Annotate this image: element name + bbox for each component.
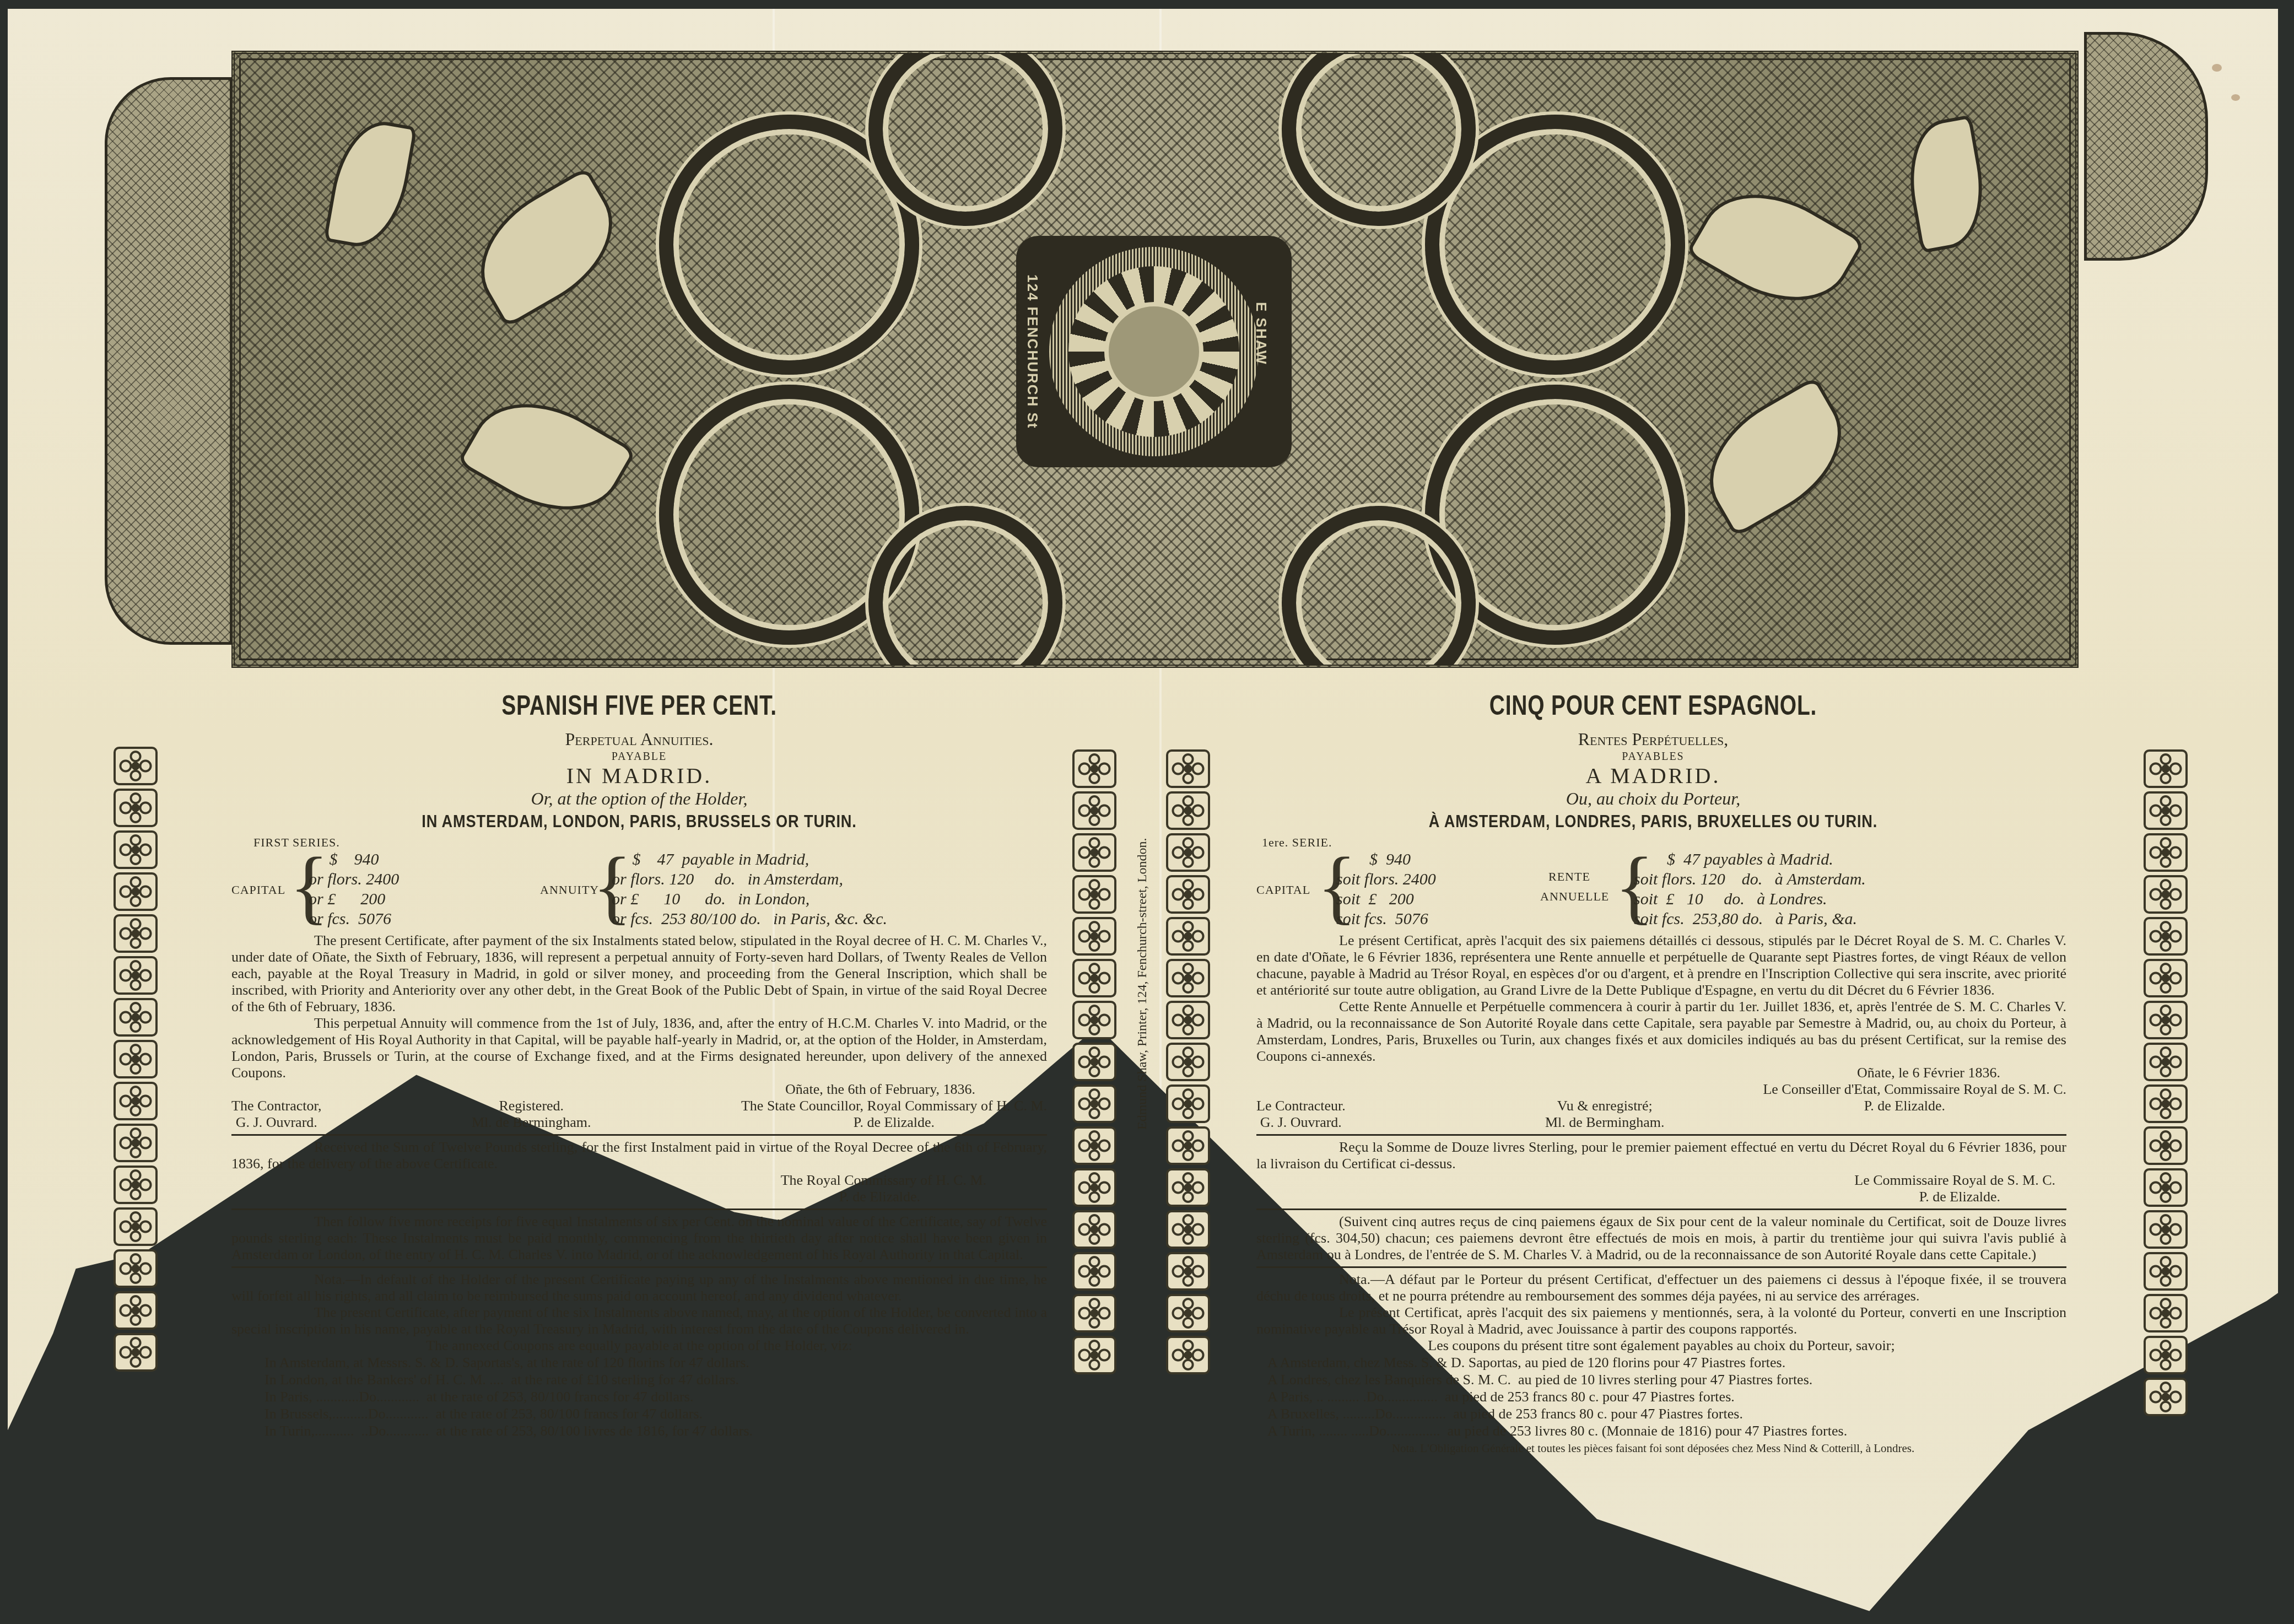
french-follow: (Suivent cinq autres reçus de cinq paiem… xyxy=(1256,1213,2066,1263)
signature-name: Ml. de Bermingham. xyxy=(1545,1114,1665,1131)
french-final-nota: Nota. L'Obligation Générale et toutes le… xyxy=(1240,1440,2066,1456)
annuity-line: $ 47 payable in Madrid, xyxy=(612,850,887,870)
annuity-line: or fcs. 253 80/100 do. in Paris, &c. &c. xyxy=(612,909,887,929)
rosette-tile-icon xyxy=(2144,1126,2188,1165)
english-place: IN MADRID. xyxy=(231,764,1047,788)
french-coupons-intro: Les coupons du présent titre sont égalem… xyxy=(1256,1337,2066,1354)
french-date-line: Oñate, le 6 Février 1836. xyxy=(1256,1065,2000,1081)
rosette-tile-icon xyxy=(2144,1001,2188,1039)
signature-councillor: The State Councillor, Royal Commissary o… xyxy=(741,1098,1047,1131)
annuity-line: or flors. 120 do. in Amsterdam, xyxy=(612,870,887,889)
rosette-tile-icon xyxy=(114,747,158,785)
rosette-tile-icon xyxy=(1072,1210,1116,1249)
rosette-tile-icon xyxy=(114,1082,158,1120)
english-series: FIRST SERIES. xyxy=(253,835,1047,850)
capital-line: $ 940 xyxy=(1336,850,1436,870)
rente-line: soit fcs. 253,80 do. à Paris, &a. xyxy=(1634,909,1866,929)
signature-contractor: Le Contracteur. G. J. Ouvrard. xyxy=(1256,1098,1346,1131)
signature-councillor: P. de Elizalde. xyxy=(1864,1098,1945,1131)
coupon-line: A Londres, chez les Banquiers de S. M. C… xyxy=(1267,1371,2066,1388)
signature-title: Vu & enregistré; xyxy=(1545,1098,1665,1114)
rosette-tile-icon xyxy=(1072,1168,1116,1207)
rosette-tile-icon xyxy=(2144,1085,2188,1123)
rosette-tile-icon xyxy=(114,1207,158,1246)
medallion-right-text: E SHAW xyxy=(1253,302,1270,365)
french-option: Ou, au choix du Porteur, xyxy=(1240,788,2066,809)
rosette-tile-icon xyxy=(1072,749,1116,788)
signature-name: P. de Elizalde. xyxy=(741,1114,1047,1131)
receipt-signature-name: P. de Elizalde. xyxy=(231,1189,920,1205)
capital-label: CAPITAL xyxy=(1256,883,1310,897)
english-convert: The present Certificate, after payment o… xyxy=(231,1304,1047,1337)
divider xyxy=(231,1134,1047,1136)
french-place: A MADRID. xyxy=(1240,764,2066,788)
annuity-line: or £ 10 do. in London, xyxy=(612,889,887,909)
capital-amounts: $ 940 or flors. 2400 or £ 200 or fcs. 50… xyxy=(309,850,399,929)
right-ornament-bar xyxy=(2144,749,2188,1416)
center-left-ornament-bar xyxy=(1072,749,1116,1374)
divider xyxy=(1256,1134,2066,1136)
rosette-tile-icon xyxy=(1166,749,1210,788)
english-payable: PAYABLE xyxy=(231,749,1047,764)
medallion-center xyxy=(1104,302,1203,401)
english-signatures: The Contractor, G. J. Ouvrard. Registere… xyxy=(231,1098,1047,1131)
rosette-tile-icon xyxy=(1072,959,1116,997)
receipt-signature-title: Le Commissaire Royal de S. M. C. xyxy=(1256,1172,2055,1189)
divider xyxy=(231,1266,1047,1268)
divider xyxy=(1256,1208,2066,1210)
receipt-signature-title: The Royal Commissary of H. C. M. xyxy=(231,1172,986,1189)
signature-title: Registered. xyxy=(472,1098,591,1114)
rosette-tile-icon xyxy=(2144,875,2188,914)
rosette-tile-icon xyxy=(114,830,158,869)
left-side-ornament xyxy=(105,77,233,645)
coupon-line: In Paris, ............Do............ at … xyxy=(265,1388,1047,1405)
divider xyxy=(1256,1266,2066,1268)
rente-line: soit £ 10 do. à Londres. xyxy=(1634,889,1866,909)
signature-title: The State Councillor, Royal Commissary o… xyxy=(741,1098,1047,1114)
annuity-amounts: $ 47 payable in Madrid, or flors. 120 do… xyxy=(612,850,887,929)
capital-line: or £ 200 xyxy=(309,889,399,909)
english-paragraph-2: This perpetual Annuity will commence fro… xyxy=(231,1015,1047,1081)
english-nota: Nota.—In default of the Holder of the pr… xyxy=(231,1271,1047,1304)
printer-imprint: Edmund Shaw, Printer, 124, Fenchurch-str… xyxy=(1135,838,1150,1130)
rosette-tile-icon xyxy=(1072,917,1116,956)
english-title: SPANISH FIVE PER CENT. xyxy=(321,689,957,722)
rosette-tile-icon xyxy=(114,914,158,953)
center-right-ornament-bar xyxy=(1166,749,1210,1374)
central-medallion: 124 FENCHURCH St E SHAW xyxy=(1016,236,1292,467)
capital-line: or flors. 2400 xyxy=(309,870,399,889)
rosette-tile-icon xyxy=(114,1333,158,1372)
rosette-tile-icon xyxy=(114,998,158,1037)
rosette-tile-icon xyxy=(2144,1210,2188,1249)
english-paragraph-1: The present Certificate, after payment o… xyxy=(231,932,1047,1015)
coupon-line: In Amsterdam, at Messrs. S. & D. Saporta… xyxy=(265,1354,1047,1371)
english-section: SPANISH FIVE PER CENT. Perpetual Annuiti… xyxy=(231,689,1047,1439)
french-payable: PAYABLES xyxy=(1240,749,2066,764)
rosette-tile-icon xyxy=(2144,1336,2188,1374)
signature-name: G. J. Ouvrard. xyxy=(231,1114,322,1131)
rosette-tile-icon xyxy=(1166,1336,1210,1374)
rosette-tile-icon xyxy=(1072,1336,1116,1374)
french-series: 1ere. SERIE. xyxy=(1262,835,2066,850)
french-title: CINQ POUR CENT ESPAGNOL. xyxy=(1331,689,1975,722)
medallion-left-text: 124 FENCHURCH St xyxy=(1024,274,1041,429)
french-cities: À AMSTERDAM, LONDRES, PARIS, BRUXELLES O… xyxy=(1302,809,2005,833)
rosette-tile-icon xyxy=(114,956,158,995)
signature-title: Le Contracteur. xyxy=(1256,1098,1346,1114)
rosette-tile-icon xyxy=(1166,1001,1210,1039)
french-paragraph-2: Cette Rente Annuelle et Perpétuelle comm… xyxy=(1256,999,2066,1065)
capital-amounts: $ 940 soit flors. 2400 soit £ 200 soit f… xyxy=(1336,850,1436,929)
capital-line: soit flors. 2400 xyxy=(1336,870,1436,889)
rosette-tile-icon xyxy=(114,1124,158,1162)
rosette-tile-icon xyxy=(1072,1085,1116,1123)
rosette-tile-icon xyxy=(114,1291,158,1330)
french-section: CINQ POUR CENT ESPAGNOL. Rentes Perpétue… xyxy=(1240,689,2066,1456)
french-coupons-list: A Amsterdam, chez Mess. S. & D. Saportas… xyxy=(1267,1354,2066,1439)
english-body: The present Certificate, after payment o… xyxy=(231,932,1047,1354)
rente-amounts: $ 47 payables à Madrid. soit flors. 120 … xyxy=(1634,850,1866,929)
rosette-tile-icon xyxy=(2144,791,2188,830)
rosette-tile-icon xyxy=(1166,875,1210,914)
rosette-tile-icon xyxy=(1072,1043,1116,1081)
rosette-tile-icon xyxy=(114,789,158,827)
rosette-tile-icon xyxy=(114,1249,158,1288)
engraved-banner: 124 FENCHURCH St E SHAW xyxy=(231,51,2079,668)
rosette-tile-icon xyxy=(2144,1168,2188,1207)
signature-name: Ml. de Bermingham. xyxy=(472,1114,591,1131)
signature-name: G. J. Ouvrard. xyxy=(1256,1114,1346,1131)
coupon-line: In Turin,........... ..Do............ at… xyxy=(265,1422,1047,1439)
rosette-tile-icon xyxy=(2144,917,2188,956)
signature-contractor: The Contractor, G. J. Ouvrard. xyxy=(231,1098,322,1131)
right-side-ornament xyxy=(2084,32,2208,261)
rosette-tile-icon xyxy=(2144,1378,2188,1416)
signature-name: P. de Elizalde. xyxy=(1864,1098,1945,1114)
capital-line: soit £ 200 xyxy=(1336,889,1436,909)
english-coupons-intro: The annexed Coupons are equally payable … xyxy=(231,1337,1047,1354)
french-nota: Nota.—A défaut par le Porteur du présent… xyxy=(1256,1271,2066,1304)
rosette-tile-icon xyxy=(2144,1043,2188,1081)
rosette-tile-icon xyxy=(2144,1252,2188,1291)
coupon-line: In Brussels,..........Do............ at … xyxy=(265,1405,1047,1422)
english-option: Or, at the option of the Holder, xyxy=(231,788,1047,809)
stain xyxy=(2231,94,2240,101)
rosette-tile-icon xyxy=(1166,917,1210,956)
signature-registered: Registered. Ml. de Bermingham. xyxy=(472,1098,591,1131)
left-ornament-bar xyxy=(114,747,158,1372)
rosette-tile-icon xyxy=(1166,791,1210,830)
capital-line: soit fcs. 5076 xyxy=(1336,909,1436,929)
coupon-line: A Amsterdam, chez Mess. S. & D. Saportas… xyxy=(1267,1354,2066,1371)
rosette-tile-icon xyxy=(2144,959,2188,997)
rosette-tile-icon xyxy=(1166,1294,1210,1332)
french-convert: Le présent Certificat, après l'acquit de… xyxy=(1256,1304,2066,1337)
rente-label: RENTE xyxy=(1548,870,1590,884)
rosette-tile-icon xyxy=(114,1166,158,1204)
english-cities: IN AMSTERDAM, LONDON, PARIS, BRUSSELS OR… xyxy=(293,809,986,833)
rosette-tile-icon xyxy=(1166,1043,1210,1081)
divider xyxy=(231,1208,1047,1210)
signature-title: The Contractor, xyxy=(231,1098,322,1114)
annuity-label: ANNUITY xyxy=(540,883,599,897)
capital-line: $ 940 xyxy=(309,850,399,870)
coupon-line: In London, at the Bankers' of H. C. M. .… xyxy=(265,1371,1047,1388)
rosette-tile-icon xyxy=(1166,1210,1210,1249)
coupon-line: A Paris, .. ......... .Do...............… xyxy=(1267,1388,2066,1405)
stain xyxy=(2212,64,2222,72)
rosette-tile-icon xyxy=(1166,959,1210,997)
coupon-line: A Bruxelles, .........Do............... … xyxy=(1267,1405,2066,1422)
rente-line: $ 47 payables à Madrid. xyxy=(1634,850,1866,870)
rente-line: soit flors. 120 do. à Amsterdam. xyxy=(1634,870,1866,889)
receipt-signature-name: P. de Elizalde. xyxy=(1256,1189,2000,1205)
french-signatures: Le Contracteur. G. J. Ouvrard. Vu & enre… xyxy=(1256,1098,2066,1131)
french-councillor-line: Le Conseiller d'Etat, Commissaire Royal … xyxy=(1256,1081,2066,1098)
rosette-tile-icon xyxy=(1166,1126,1210,1165)
french-subtitle: Rentes Perpétuelles, xyxy=(1240,729,2066,749)
rosette-tile-icon xyxy=(1166,1252,1210,1291)
rosette-tile-icon xyxy=(1072,875,1116,914)
english-follow: Then follow five more receipts for five … xyxy=(231,1213,1047,1263)
rosette-tile-icon xyxy=(1166,1085,1210,1123)
french-amounts-table: CAPITAL { $ 940 soit flors. 2400 soit £ … xyxy=(1240,850,2066,932)
english-receipt: Received the Sum of Twelve Pounds sterli… xyxy=(231,1139,1047,1172)
english-subtitle: Perpetual Annuities. xyxy=(231,729,1047,749)
rosette-tile-icon xyxy=(114,872,158,911)
capital-label: CAPITAL xyxy=(231,883,285,897)
rosette-tile-icon xyxy=(1072,1252,1116,1291)
rosette-tile-icon xyxy=(2144,833,2188,872)
english-coupons-list: In Amsterdam, at Messrs. S. & D. Saporta… xyxy=(265,1354,1047,1439)
french-body: Le présent Certificat, après l'acquit de… xyxy=(1240,932,2066,1354)
rosette-tile-icon xyxy=(1072,1126,1116,1165)
signature-registered: Vu & enregistré; Ml. de Bermingham. xyxy=(1545,1098,1665,1131)
coupon-line: A Turin, ........ .....Do...............… xyxy=(1267,1422,2066,1439)
annuelle-label: ANNUELLE xyxy=(1540,889,1609,904)
rosette-tile-icon xyxy=(1072,791,1116,830)
french-paragraph-1: Le présent Certificat, après l'acquit de… xyxy=(1256,932,2066,999)
rosette-tile-icon xyxy=(2144,1294,2188,1332)
rosette-tile-icon xyxy=(1072,1001,1116,1039)
rosette-tile-icon xyxy=(2144,749,2188,788)
rosette-tile-icon xyxy=(1072,1294,1116,1332)
english-date-line: Oñate, the 6th of February, 1836. xyxy=(231,1081,975,1098)
english-amounts-table: CAPITAL { $ 940 or flors. 2400 or £ 200 … xyxy=(231,850,1047,932)
rosette-tile-icon xyxy=(114,1040,158,1078)
rosette-tile-icon xyxy=(1072,833,1116,872)
capital-line: or fcs. 5076 xyxy=(309,909,399,929)
rosette-tile-icon xyxy=(1166,1168,1210,1207)
french-receipt: Reçu la Somme de Douze livres Sterling, … xyxy=(1256,1139,2066,1172)
rosette-tile-icon xyxy=(1166,833,1210,872)
